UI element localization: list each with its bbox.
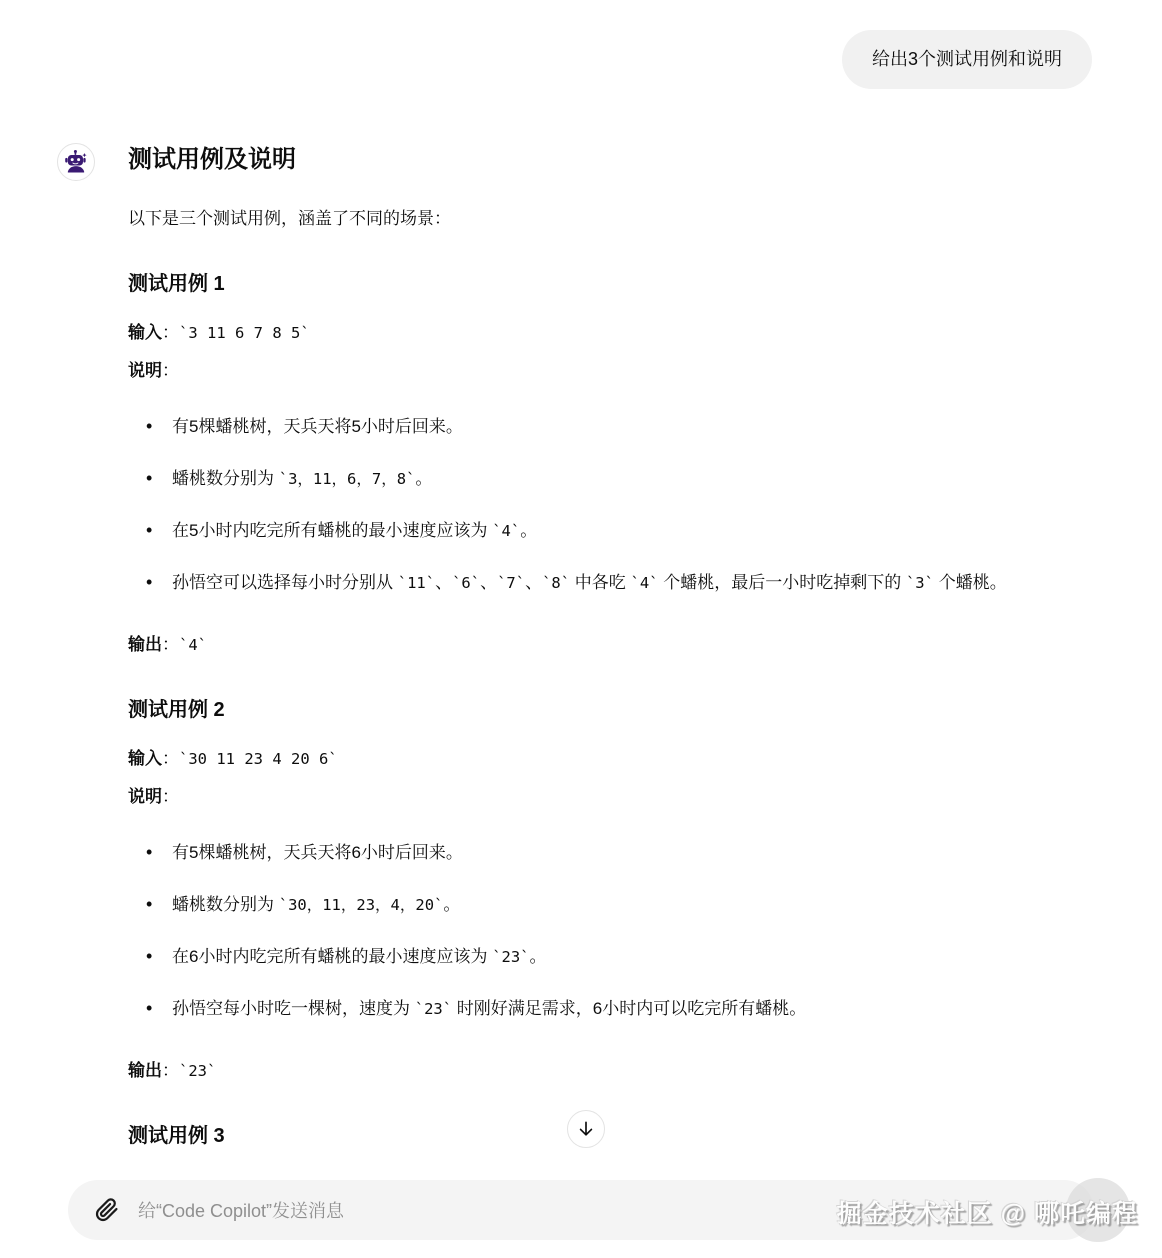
bullet-item: •孙悟空可以选择每小时分别从 `11`、`6`、`7`、`8` 中各吃 `4` … bbox=[146, 569, 1092, 597]
paperclip-icon bbox=[95, 1198, 119, 1222]
input-line: 输入：`3 11 6 7 8 5` bbox=[128, 319, 1092, 347]
test-case-section: 测试用例 1输入：`3 11 6 7 8 5`说明：•有5棵蟠桃树，天兵天将5小… bbox=[128, 271, 1092, 659]
bullet-text: 、 bbox=[435, 573, 452, 592]
inline-code: `30 11 23 4 20 6` bbox=[179, 750, 338, 768]
inline-code: `3 11 6 7 8 5` bbox=[179, 324, 310, 342]
bullet-text: 。 bbox=[443, 895, 460, 914]
bullet-marker: • bbox=[146, 890, 152, 918]
test-case-section: 测试用例 3 bbox=[128, 1123, 1092, 1149]
bullet-text: 。 bbox=[520, 521, 537, 540]
description-line: 说明： bbox=[128, 783, 1092, 811]
assistant-intro: 以下是三个测试用例，涵盖了不同的场景： bbox=[128, 205, 1092, 233]
inline-code: `8` bbox=[542, 574, 570, 592]
bullet-marker: • bbox=[146, 516, 152, 544]
bullet-item: •孙悟空每小时吃一棵树，速度为 `23` 时刚好满足需求，6小时内可以吃完所有蟠… bbox=[146, 995, 1092, 1023]
bullet-text: 个蟠桃。 bbox=[934, 573, 1007, 592]
arrow-down-icon bbox=[576, 1119, 596, 1139]
bullet-marker: • bbox=[146, 838, 152, 866]
message-composer[interactable]: 给“Code Copilot”发送消息 bbox=[68, 1180, 1094, 1240]
bullet-item: •蟠桃数分别为 `30，11，23，4，20`。 bbox=[146, 891, 1092, 919]
inline-code: `7` bbox=[497, 574, 525, 592]
assistant-message-row: 测试用例及说明 以下是三个测试用例，涵盖了不同的场景： 测试用例 1输入：`3 … bbox=[0, 89, 1162, 1171]
inline-code: `11` bbox=[398, 574, 435, 592]
inline-code: `6` bbox=[452, 574, 480, 592]
inline-code: `4` bbox=[631, 574, 659, 592]
inline-code: `3，11，6，7，8` bbox=[279, 470, 416, 488]
description-line-label: 说明 bbox=[128, 361, 162, 380]
user-message-bubble: 给出3个测试用例和说明 bbox=[842, 30, 1092, 89]
user-message-row: 给出3个测试用例和说明 bbox=[0, 0, 1162, 89]
bullet-text: 中各吃 bbox=[570, 573, 630, 592]
bullet-text: 。 bbox=[530, 947, 547, 966]
description-line: 说明： bbox=[128, 357, 1092, 385]
bullet-marker: • bbox=[146, 464, 152, 492]
bullet-marker: • bbox=[146, 568, 152, 596]
test-case-section: 测试用例 2输入：`30 11 23 4 20 6`说明：•有5棵蟠桃树，天兵天… bbox=[128, 697, 1092, 1085]
colon: ： bbox=[162, 635, 179, 654]
input-line-label: 输入 bbox=[128, 749, 162, 768]
bullet-marker: • bbox=[146, 942, 152, 970]
scroll-to-bottom-button[interactable] bbox=[567, 1110, 605, 1148]
bullet-text: 个蟠桃，最后一小时吃掉剩下的 bbox=[659, 573, 906, 592]
bullet-text: 在6小时内吃完所有蟠桃的最小速度应该为 bbox=[172, 947, 492, 966]
bullet-text: 在5小时内吃完所有蟠桃的最小速度应该为 bbox=[172, 521, 492, 540]
bullet-list: •有5棵蟠桃树，天兵天将5小时后回来。•蟠桃数分别为 `3，11，6，7，8`。… bbox=[128, 413, 1092, 597]
bullet-item: •有5棵蟠桃树，天兵天将5小时后回来。 bbox=[146, 413, 1092, 441]
input-line-label: 输入 bbox=[128, 323, 162, 342]
bullet-text: 有5棵蟠桃树，天兵天将6小时后回来。 bbox=[172, 843, 463, 862]
bullet-text: 、 bbox=[480, 573, 497, 592]
colon: ： bbox=[162, 1061, 179, 1080]
user-message-text: 给出3个测试用例和说明 bbox=[872, 49, 1062, 69]
inline-code: `4` bbox=[179, 636, 207, 654]
inline-code: `30，11，23，4，20` bbox=[279, 896, 444, 914]
composer-placeholder[interactable]: 给“Code Copilot”发送消息 bbox=[138, 1197, 1070, 1223]
description-line-label: 说明 bbox=[128, 787, 162, 806]
output-line: 输出：`23` bbox=[128, 1057, 1092, 1085]
bullet-item: •在5小时内吃完所有蟠桃的最小速度应该为 `4`。 bbox=[146, 517, 1092, 545]
bullet-text: 孙悟空可以选择每小时分别从 bbox=[172, 573, 398, 592]
bullet-text: 孙悟空每小时吃一棵树，速度为 bbox=[172, 999, 415, 1018]
inline-code: `23` bbox=[179, 1062, 216, 1080]
bullet-text: 蟠桃数分别为 bbox=[172, 469, 279, 488]
bullet-text: 。 bbox=[415, 469, 432, 488]
inline-code: `3` bbox=[906, 574, 934, 592]
bullet-item: •在6小时内吃完所有蟠桃的最小速度应该为 `23`。 bbox=[146, 943, 1092, 971]
output-line-label: 输出 bbox=[128, 635, 162, 654]
inline-code: `23` bbox=[492, 948, 529, 966]
test-case-heading: 测试用例 1 bbox=[128, 271, 1092, 297]
bullet-text: 、 bbox=[525, 573, 542, 592]
inline-code: `4` bbox=[492, 522, 520, 540]
output-line: 输出：`4` bbox=[128, 631, 1092, 659]
bullet-item: •蟠桃数分别为 `3，11，6，7，8`。 bbox=[146, 465, 1092, 493]
assistant-message-content: 测试用例及说明 以下是三个测试用例，涵盖了不同的场景： 测试用例 1输入：`3 … bbox=[128, 139, 1092, 1171]
bullet-marker: • bbox=[146, 994, 152, 1022]
bullet-text: 有5棵蟠桃树，天兵天将5小时后回来。 bbox=[172, 417, 463, 436]
bullet-list: •有5棵蟠桃树，天兵天将6小时后回来。•蟠桃数分别为 `30，11，23，4，2… bbox=[128, 839, 1092, 1023]
robot-avatar-icon bbox=[62, 148, 90, 176]
attach-file-button[interactable] bbox=[92, 1195, 122, 1225]
test-case-heading: 测试用例 3 bbox=[128, 1123, 1092, 1149]
bullet-marker: • bbox=[146, 412, 152, 440]
test-case-heading: 测试用例 2 bbox=[128, 697, 1092, 723]
bullet-text: 时刚好满足需求，6小时内可以吃完所有蟠桃。 bbox=[452, 999, 806, 1018]
output-line-label: 输出 bbox=[128, 1061, 162, 1080]
assistant-title: 测试用例及说明 bbox=[128, 145, 1092, 175]
input-line: 输入：`30 11 23 4 20 6` bbox=[128, 745, 1092, 773]
bullet-text: 蟠桃数分别为 bbox=[172, 895, 279, 914]
colon: ： bbox=[162, 749, 179, 768]
inline-code: `23` bbox=[415, 1000, 452, 1018]
bullet-item: •有5棵蟠桃树，天兵天将6小时后回来。 bbox=[146, 839, 1092, 867]
assistant-avatar bbox=[57, 143, 95, 181]
colon: ： bbox=[162, 787, 179, 806]
colon: ： bbox=[162, 323, 179, 342]
colon: ： bbox=[162, 361, 179, 380]
test-case-sections: 测试用例 1输入：`3 11 6 7 8 5`说明：•有5棵蟠桃树，天兵天将5小… bbox=[128, 271, 1092, 1149]
